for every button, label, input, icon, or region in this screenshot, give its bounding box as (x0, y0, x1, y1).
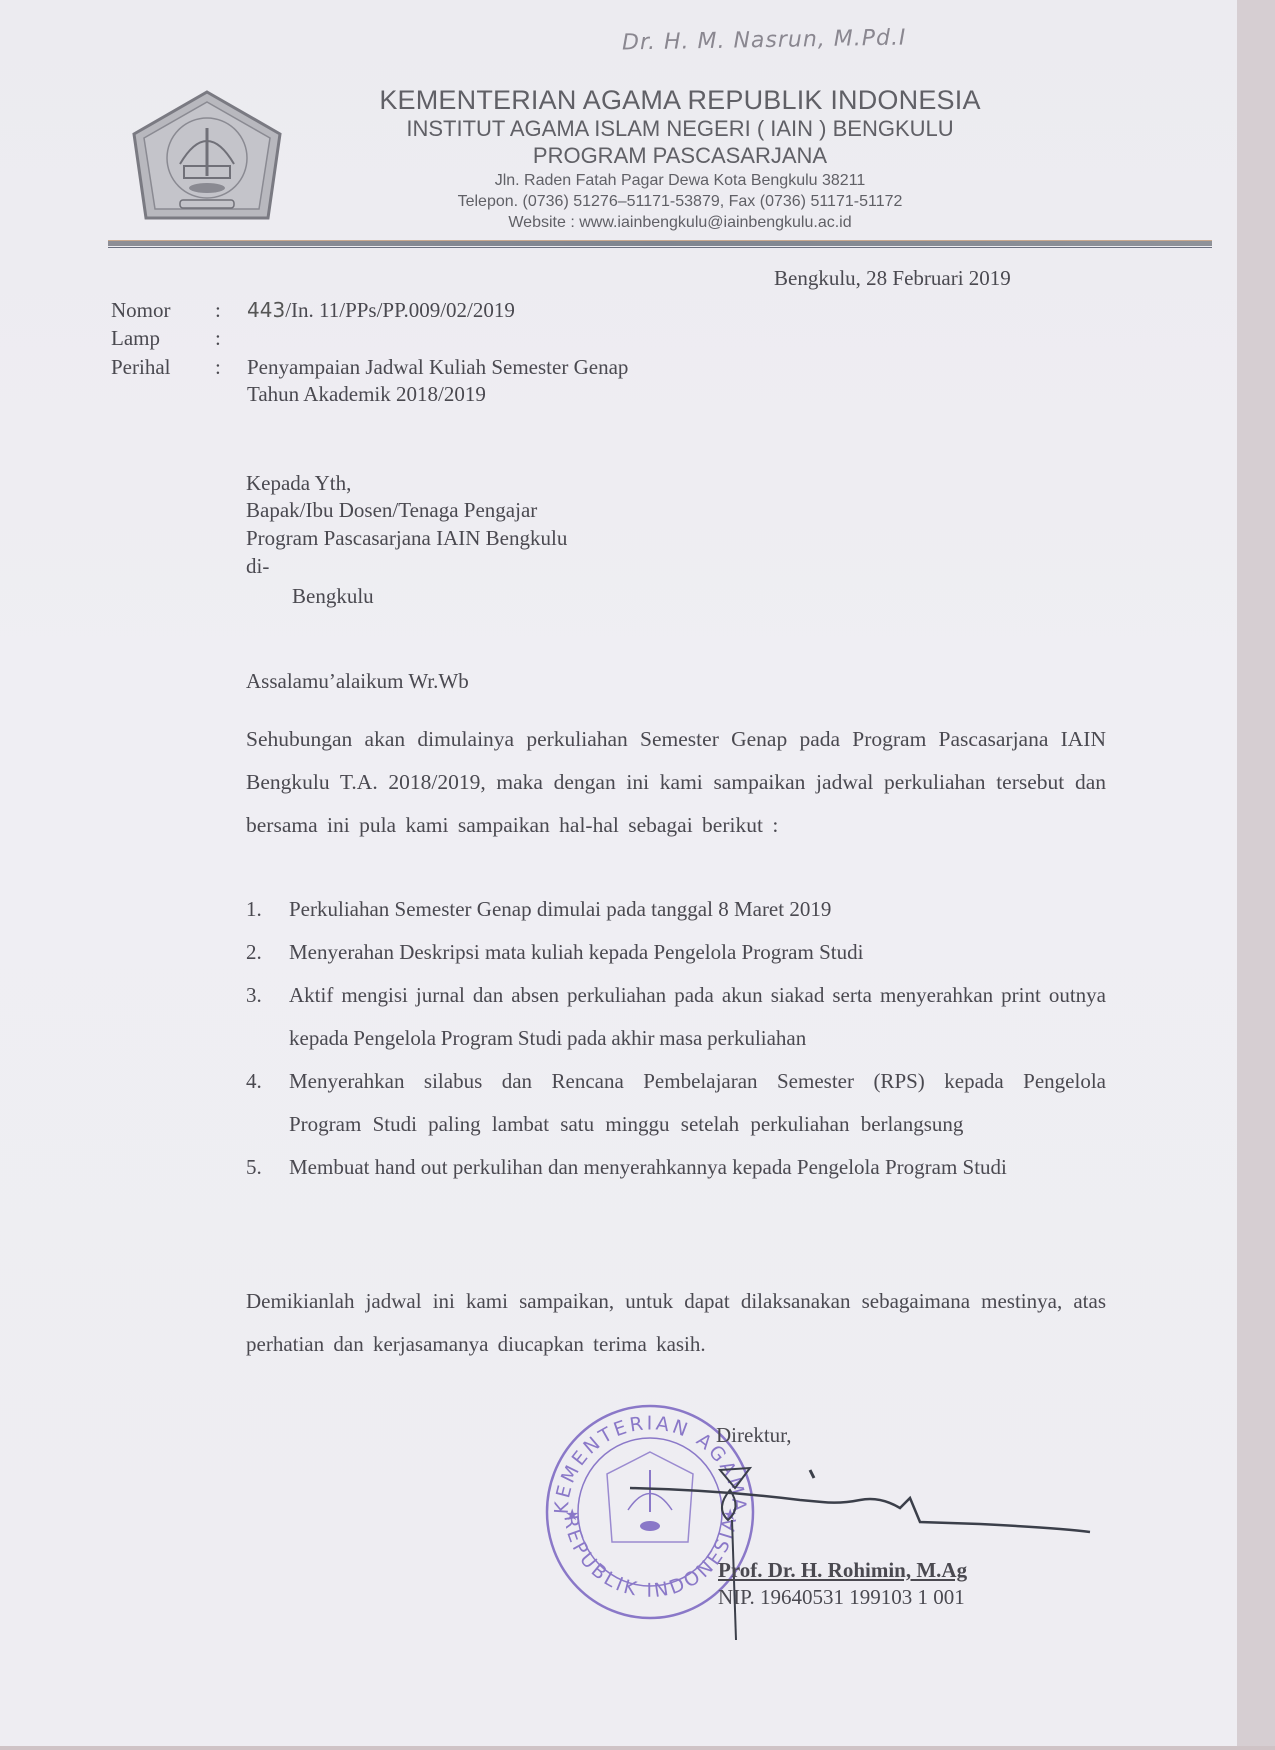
letter-date: Bengkulu, 28 Februari 2019 (774, 265, 1011, 291)
scan-edge (0, 1746, 1275, 1750)
signatory-nip: NIP. 19640531 199103 1 001 (718, 1584, 965, 1610)
address: Jln. Raden Fatah Pagar Dewa Kota Bengkul… (330, 170, 1030, 191)
website: Website : www.iainbengkulu@iainbengkulu.… (330, 212, 1030, 233)
perihal-label: Perihal (111, 354, 170, 380)
list-item: 1.Perkuliahan Semester Genap dimulai pad… (246, 888, 1106, 931)
perihal-line1: Penyampaian Jadwal Kuliah Semester Genap (247, 354, 628, 380)
recipient-line3: Program Pascasarjana IAIN Bengkulu (246, 525, 567, 551)
perihal-line2: Tahun Akademik 2018/2019 (247, 381, 486, 407)
recipient-line2: Bapak/Ibu Dosen/Tenaga Pengajar (246, 497, 537, 523)
lamp-label: Lamp (111, 325, 160, 351)
instruction-list: 1.Perkuliahan Semester Genap dimulai pad… (246, 888, 1106, 1189)
signatory-title: Direktur, (716, 1422, 792, 1448)
letterhead-divider (108, 240, 1212, 246)
greeting: Assalamu’alaikum Wr.Wb (246, 668, 469, 694)
signatory-name: Prof. Dr. H. Rohimin, M.Ag (718, 1557, 967, 1583)
intro-paragraph: Sehubungan akan dimulainya perkuliahan S… (246, 718, 1106, 847)
colon: : (215, 325, 221, 351)
list-item: 5.Membuat hand out perkulihan dan menyer… (246, 1146, 1106, 1189)
recipient-line1: Kepada Yth, (246, 470, 351, 496)
list-item: 3.Aktif mengisi jurnal dan absen perkuli… (246, 974, 1106, 1060)
colon: : (215, 354, 221, 380)
closing-paragraph: Demikianlah jadwal ini kami sampaikan, u… (246, 1280, 1106, 1366)
phone: Telepon. (0736) 51276–51171-53879, Fax (… (330, 191, 1030, 212)
institution-seal-icon (128, 88, 286, 228)
letterhead: KEMENTERIAN AGAMA REPUBLIK INDONESIA INS… (330, 84, 1030, 233)
institute-name: INSTITUT AGAMA ISLAM NEGERI ( IAIN ) BEN… (330, 116, 1030, 142)
program-name: PROGRAM PASCASARJANA (330, 142, 1030, 170)
nomor-label: Nomor (111, 297, 171, 323)
ministry-name: KEMENTERIAN AGAMA REPUBLIK INDONESIA (330, 84, 1030, 116)
recipient-line4: di- (246, 553, 269, 579)
list-item: 2.Menyerahan Deskripsi mata kuliah kepad… (246, 931, 1106, 974)
recipient-city: Bengkulu (292, 583, 374, 609)
handwritten-note: Dr. H. M. Nasrun, M.Pd.I (622, 26, 907, 56)
signature-scribble-icon (560, 1460, 1120, 1650)
nomor-handwritten: 443 (247, 298, 285, 322)
colon: : (215, 297, 221, 323)
nomor-value: 443/In. 11/PPs/PP.009/02/2019 (247, 297, 515, 323)
letterhead-divider-thin (108, 247, 1212, 248)
list-item: 4.Menyerahkan silabus dan Rencana Pembel… (246, 1060, 1106, 1146)
